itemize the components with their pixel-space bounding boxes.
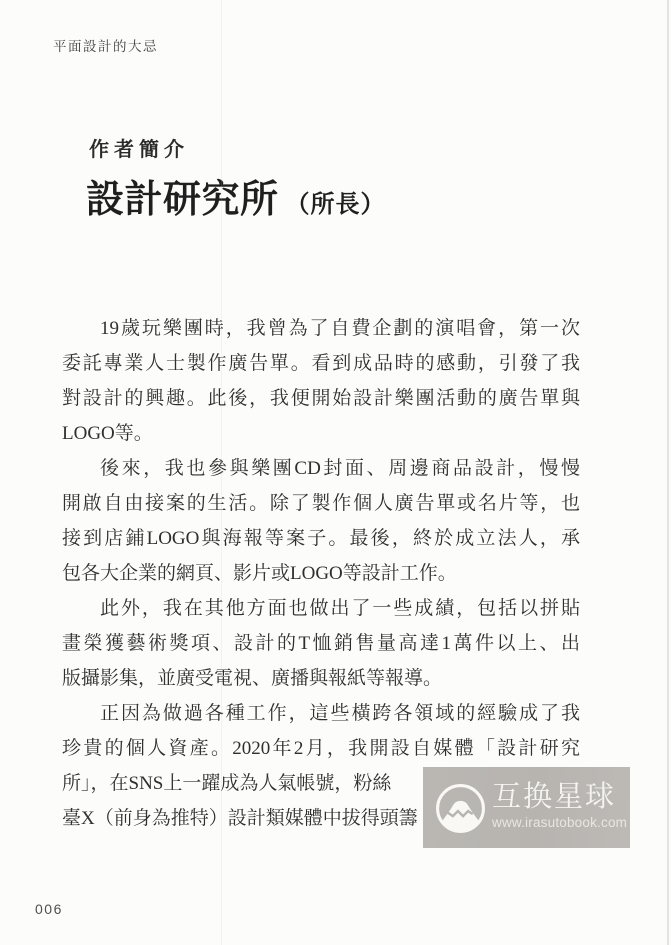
body-line: 後來，我也參與樂團CD封面、周邊商品設計，慢慢 <box>62 451 580 486</box>
watermark-overlay: 互换星球 www.irasutobook.com <box>423 767 630 848</box>
body-text: 19歲玩樂團時，我曾為了自費企劃的演唱會，第一次 委託專業人士製作廣告單。看到成… <box>62 311 580 836</box>
body-line: 包各大企業的網頁、影片或LOGO等設計工作。 <box>62 556 580 591</box>
mountain-circle-icon <box>434 782 487 835</box>
body-line: LOGO等。 <box>62 416 580 451</box>
section-label: 作者簡介 <box>89 138 189 162</box>
watermark-url: www.irasutobook.com <box>492 815 628 831</box>
author-title: 設計研究所（所長） <box>86 178 386 227</box>
watermark-brand: 互换星球 <box>492 777 627 817</box>
page-edge-line <box>667 0 669 945</box>
book-page: 平面設計的大忌 作者簡介 設計研究所（所長） 19歲玩樂團時，我曾為了自費企劃的… <box>0 0 671 945</box>
body-line: 開啟自由接案的生活。除了製作個人廣告單或名片等，也 <box>62 486 580 521</box>
body-line: 正因為做過各種工作，這些橫跨各領域的經驗成了我 <box>62 696 580 731</box>
body-line: 接到店鋪LOGO與海報等案子。最後，終於成立法人，承 <box>62 521 580 556</box>
body-line: 此外，我在其他方面也做出了一些成績，包括以拼貼 <box>62 591 580 626</box>
body-line: 畫榮獲藝術獎項、設計的T恤銷售量高達1萬件以上、出 <box>62 626 580 661</box>
body-line: 對設計的興趣。此後，我便開始設計樂團活動的廣告單與 <box>62 381 580 416</box>
scan-artifact-line <box>221 0 222 945</box>
author-title-main: 設計研究所 <box>86 179 279 221</box>
page-number: 006 <box>35 901 63 917</box>
body-line: 版攝影集，並廣受電視、廣播與報紙等報導。 <box>62 661 580 696</box>
body-line: 19歲玩樂團時，我曾為了自費企劃的演唱會，第一次 <box>62 311 580 346</box>
body-line: 珍貴的個人資產。2020年2月，我開設自媒體「設計研究 <box>62 731 580 766</box>
body-line: 委託專業人士製作廣告單。看到成品時的感動，引發了我 <box>62 346 580 381</box>
running-header: 平面設計的大忌 <box>53 39 158 54</box>
author-title-suffix: （所長） <box>286 192 386 218</box>
